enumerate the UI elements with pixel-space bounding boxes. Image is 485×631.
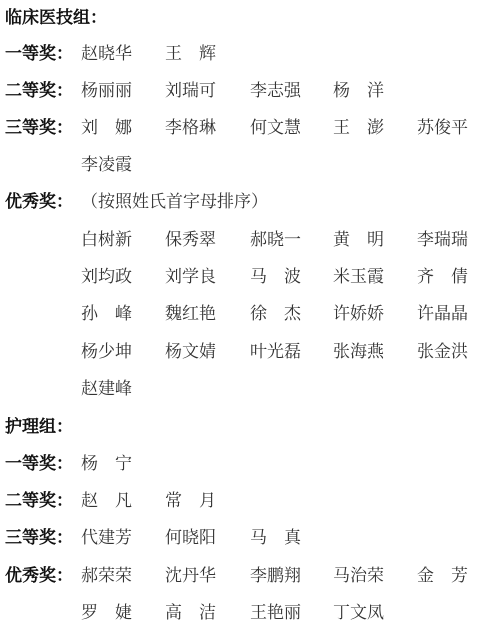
- winner-name: 杨少坤: [81, 334, 141, 370]
- winner-name: 赵建峰: [81, 371, 141, 407]
- winner-name: 罗 婕: [81, 595, 141, 631]
- winner-name: 常 月: [165, 483, 225, 519]
- winner-name: 刘瑞可: [165, 73, 225, 109]
- winner-name: 保秀翠: [165, 222, 225, 258]
- award-label: 二等奖：: [5, 483, 73, 519]
- winner-name: 杨 宁: [81, 446, 141, 482]
- award-label: 优秀奖：: [5, 184, 73, 220]
- winner-name: 郝荣荣: [81, 558, 141, 594]
- winner-name: 赵晓华: [81, 36, 141, 72]
- winner-name: 张海燕: [333, 334, 393, 370]
- winner-name: 马 真: [250, 520, 310, 556]
- winner-name: 齐 倩: [417, 259, 477, 295]
- winner-name: 孙 峰: [81, 296, 141, 332]
- winner-name: 马 波: [250, 259, 310, 295]
- winner-name: 刘 娜: [81, 110, 141, 146]
- award-label: 一等奖：: [5, 36, 73, 72]
- winner-name: 杨文婧: [165, 334, 225, 370]
- winner-name: 李志强: [250, 73, 310, 109]
- sort-note: （按照姓氏首字母排序）: [81, 184, 268, 220]
- winner-name: 杨 洋: [333, 73, 393, 109]
- winner-name: 李鹏翔: [250, 558, 310, 594]
- award-label: 优秀奖：: [5, 558, 73, 594]
- winner-name: 王 澎: [333, 110, 393, 146]
- winner-name: 米玉霞: [333, 259, 393, 295]
- winner-name: 郝晓一: [250, 222, 310, 258]
- winner-name: 王艳丽: [250, 595, 310, 631]
- winner-name: 李格琳: [165, 110, 225, 146]
- winner-name: 黄 明: [333, 222, 393, 258]
- winner-name: 张金洪: [417, 334, 477, 370]
- winner-name: 代建芳: [81, 520, 141, 556]
- award-label: 二等奖：: [5, 73, 73, 109]
- winner-name: 丁文凤: [333, 595, 393, 631]
- award-label: 三等奖：: [5, 520, 73, 556]
- section-title: 临床医技组：: [5, 0, 107, 36]
- winner-name: 白树新: [81, 222, 141, 258]
- winner-name: 刘均政: [81, 259, 141, 295]
- winner-name: 金 芳: [417, 558, 477, 594]
- winner-name: 魏红艳: [165, 296, 225, 332]
- award-label: 一等奖：: [5, 446, 73, 482]
- winner-name: 刘学良: [165, 259, 225, 295]
- winner-name: 王 辉: [165, 36, 225, 72]
- winner-name: 马治荣: [333, 558, 393, 594]
- winner-name: 沈丹华: [165, 558, 225, 594]
- winner-name: 许娇娇: [333, 296, 393, 332]
- award-label: 三等奖：: [5, 110, 73, 146]
- winner-name: 高 洁: [165, 595, 225, 631]
- winner-name: 李凌霞: [81, 147, 141, 183]
- winner-name: 李瑞瑞: [417, 222, 477, 258]
- winner-name: 何文慧: [250, 110, 310, 146]
- winner-name: 苏俊平: [417, 110, 477, 146]
- winner-name: 赵 凡: [81, 483, 141, 519]
- winner-name: 徐 杰: [250, 296, 310, 332]
- winner-name: 叶光磊: [250, 334, 310, 370]
- winner-name: 许晶晶: [417, 296, 477, 332]
- winner-name: 何晓阳: [165, 520, 225, 556]
- section-title: 护理组：: [5, 409, 73, 445]
- winner-name: 杨丽丽: [81, 73, 141, 109]
